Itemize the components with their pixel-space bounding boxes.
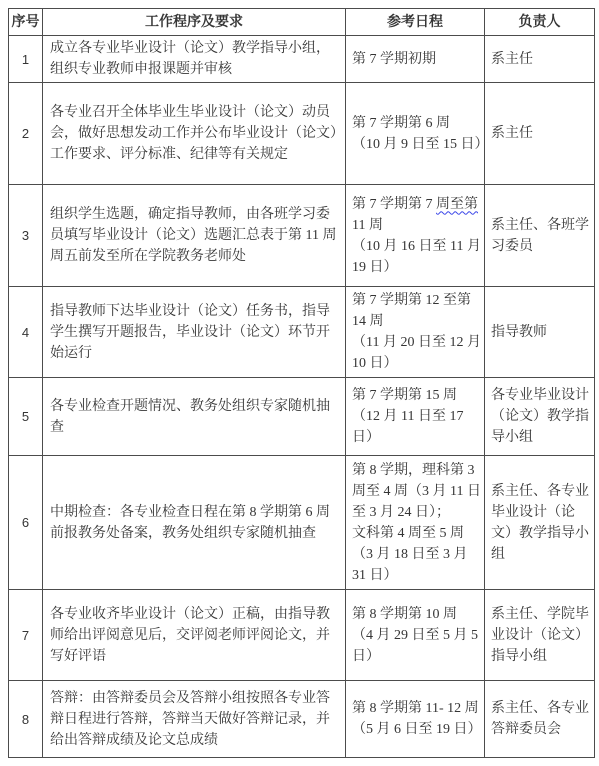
- schedule-cell: 第 8 学期，理科第 3 周至 4 周（3 月 11 日至 3 月 24 日）；…: [346, 456, 485, 590]
- task-cell: 各专业检查开题情况、教务处组织专家随机抽查: [43, 378, 346, 456]
- task-cell: 中期检查：各专业检查日程在第 8 学期第 6 周前报教务处备案，教务处组织专家随…: [43, 456, 346, 590]
- owner-cell: 系主任、各班学习委员: [485, 185, 595, 287]
- schedule-cell: 第 7 学期第 15 周 （12 月 11 日至 17 日）: [346, 378, 485, 456]
- schedule-cell: 第 8 学期第 11- 12 周 （5 月 6 日至 19 日）: [346, 681, 485, 758]
- row-number-cell: 6: [9, 456, 43, 590]
- schedule-cell: 第 8 学期第 10 周 （4 月 29 日至 5 月 5 日）: [346, 590, 485, 681]
- owner-cell: 系主任: [485, 36, 595, 83]
- task-cell: 成立各专业毕业设计（论文）教学指导小组，组织专业教师申报课题并审核: [43, 36, 346, 83]
- table-row: 7 各专业收齐毕业设计（论文）正稿，由指导教师给出评阅意见后，交评阅老师评阅论文…: [9, 590, 595, 681]
- row-number-cell: 2: [9, 83, 43, 185]
- table-row: 4 指导教师下达毕业设计（论文）任务书，指导学生撰写开题报告，毕业设计（论文）环…: [9, 287, 595, 378]
- row-number-cell: 1: [9, 36, 43, 83]
- table-row: 6 中期检查：各专业检查日程在第 8 学期第 6 周前报教务处备案，教务处组织专…: [9, 456, 595, 590]
- row-number-cell: 5: [9, 378, 43, 456]
- task-cell: 答辩：由答辩委员会及答辩小组按照各专业答辩日程进行答辩，答辩当天做好答辩记录，并…: [43, 681, 346, 758]
- task-cell: 指导教师下达毕业设计（论文）任务书，指导学生撰写开题报告，毕业设计（论文）环节开…: [43, 287, 346, 378]
- schedule-cell: 第 7 学期第 7 周至第 11 周 （10 月 16 日至 11 月 19 日…: [346, 185, 485, 287]
- schedule-cell: 第 7 学期第 12 至第 14 周 （11 月 20 日至 12 月 10 日…: [346, 287, 485, 378]
- column-header-no: 序号: [9, 9, 43, 36]
- owner-cell: 系主任、学院毕业设计（论文）指导小组: [485, 590, 595, 681]
- row-number-cell: 4: [9, 287, 43, 378]
- owner-cell: 系主任: [485, 83, 595, 185]
- task-cell: 各专业召开全体毕业生毕业设计（论文）动员会，做好思想发动工作并公布毕业设计（论文…: [43, 83, 346, 185]
- table-row: 8 答辩：由答辩委员会及答辩小组按照各专业答辩日程进行答辩，答辩当天做好答辩记录…: [9, 681, 595, 758]
- schedule-text-after: 11 周 （10 月 16 日至 11 月 19 日）: [352, 218, 481, 275]
- column-header-schedule: 参考日程: [346, 9, 485, 36]
- owner-cell: 各专业毕业设计（论文）教学指导小组: [485, 378, 595, 456]
- owner-cell: 系主任、各专业答辩委员会: [485, 681, 595, 758]
- schedule-text-before: 第 7 学期第 7: [352, 197, 436, 212]
- table-row: 5 各专业检查开题情况、教务处组织专家随机抽查 第 7 学期第 15 周 （12…: [9, 378, 595, 456]
- schedule-cell: 第 7 学期初期: [346, 36, 485, 83]
- spellcheck-squiggle-text: 周至第: [436, 197, 478, 212]
- owner-cell: 系主任、各专业毕业设计（论文）教学指导小组: [485, 456, 595, 590]
- table-header-row: 序号 工作程序及要求 参考日程 负责人: [9, 9, 595, 36]
- owner-cell: 指导教师: [485, 287, 595, 378]
- row-number-cell: 8: [9, 681, 43, 758]
- task-cell: 组织学生选题，确定指导教师，由各班学习委员填写毕业设计（论文）选题汇总表于第 1…: [43, 185, 346, 287]
- row-number-cell: 7: [9, 590, 43, 681]
- table-row: 1 成立各专业毕业设计（论文）教学指导小组，组织专业教师申报课题并审核 第 7 …: [9, 36, 595, 83]
- table-row: 3 组织学生选题，确定指导教师，由各班学习委员填写毕业设计（论文）选题汇总表于第…: [9, 185, 595, 287]
- row-number-cell: 3: [9, 185, 43, 287]
- task-cell: 各专业收齐毕业设计（论文）正稿，由指导教师给出评阅意见后，交评阅老师评阅论文，并…: [43, 590, 346, 681]
- table-row: 2 各专业召开全体毕业生毕业设计（论文）动员会，做好思想发动工作并公布毕业设计（…: [9, 83, 595, 185]
- schedule-cell: 第 7 学期第 6 周 （10 月 9 日至 15 日）: [346, 83, 485, 185]
- column-header-owner: 负责人: [485, 9, 595, 36]
- column-header-task: 工作程序及要求: [43, 9, 346, 36]
- graduation-schedule-table: 序号 工作程序及要求 参考日程 负责人 1 成立各专业毕业设计（论文）教学指导小…: [8, 8, 595, 758]
